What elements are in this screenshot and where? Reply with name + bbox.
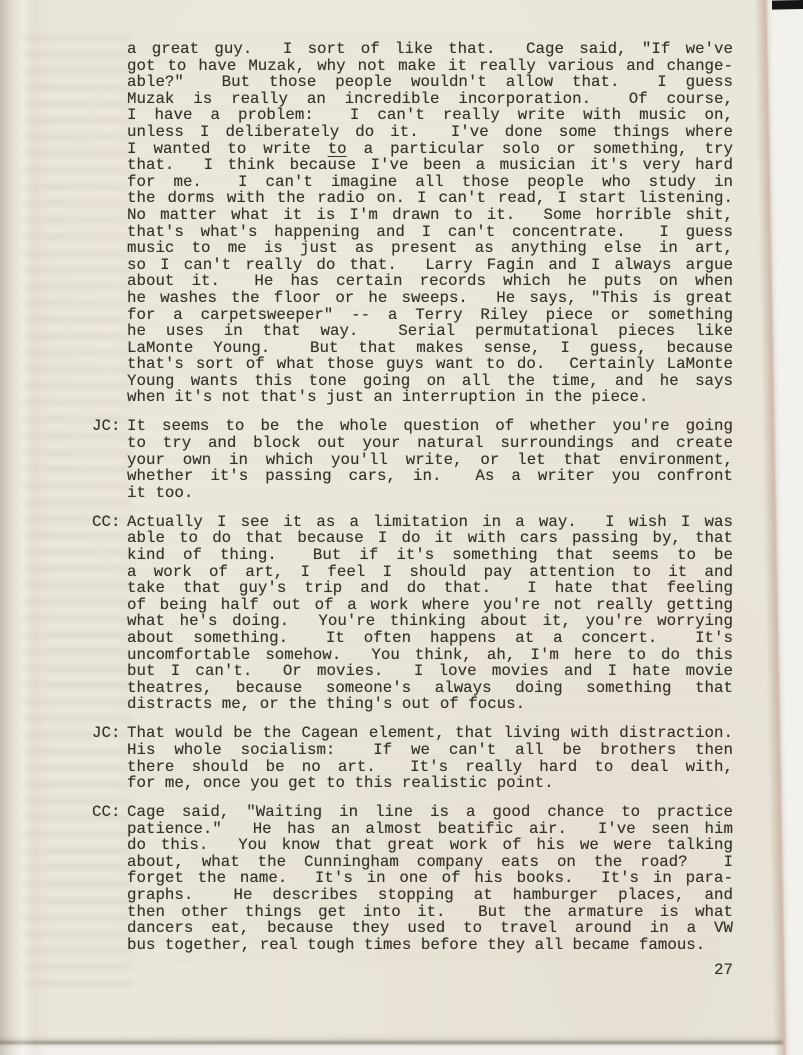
- transcript-line: That would be the Cagean element, that l…: [127, 725, 733, 742]
- transcript-line: No matter what it is I'm drawn to it. So…: [127, 207, 733, 224]
- transcript-line: I wanted to write to a particular solo o…: [127, 141, 733, 158]
- transcript-line: he uses in that way. Serial permutationa…: [127, 323, 733, 340]
- transcript-line: His whole socialism: If we can't all be …: [127, 742, 733, 759]
- page-number: 27: [714, 961, 733, 979]
- transcript-line: that's what's happening and I can't conc…: [127, 224, 733, 241]
- transcript-line: a work of art, I feel I should pay atten…: [127, 564, 733, 581]
- transcript-line: Young wants this tone going on all the t…: [127, 373, 733, 390]
- transcript-line: what he's doing. You're thinking about i…: [127, 613, 733, 630]
- transcript-line: he washes the floor or he sweeps. He say…: [127, 290, 733, 307]
- transcript-line: for me. I can't imagine all those people…: [127, 174, 733, 191]
- transcript-line: to try and block out your natural surrou…: [127, 435, 733, 452]
- transcript-line: take that guy's trip and do that. I hate…: [127, 580, 733, 597]
- transcript-paragraph: CC:Actually I see it as a limitation in …: [92, 514, 733, 713]
- transcript-paragraph: a great guy. I sort of like that. Cage s…: [92, 41, 733, 406]
- transcript-line: able to do that because I do it with car…: [127, 530, 733, 547]
- transcript-line: then other things get into it. But the a…: [127, 904, 733, 921]
- speaker-label: JC:: [92, 418, 127, 501]
- transcript-line: there should be no art. It's really hard…: [127, 759, 733, 776]
- paragraph-lines: That would be the Cagean element, that l…: [127, 725, 733, 791]
- transcript-line: a great guy. I sort of like that. Cage s…: [127, 41, 733, 58]
- transcript-line: your own in which you'll write, or let t…: [127, 452, 733, 469]
- transcript-line: forget the name. It's in one of his book…: [127, 870, 733, 887]
- transcript-line: uncomfortable somehow. You think, ah, I'…: [127, 647, 733, 664]
- speaker-label: CC:: [92, 514, 127, 713]
- transcript-line: for me, once you get to this realistic p…: [127, 775, 733, 792]
- speaker-label: CC:: [92, 804, 127, 953]
- transcript-line: I have a problem: I can't really write w…: [127, 107, 733, 124]
- transcript-line: unless I deliberately do it. I've done s…: [127, 124, 733, 141]
- transcript-line: LaMonte Young. But that makes sense, I g…: [127, 340, 733, 357]
- transcript-line: that's sort of what those guys want to d…: [127, 356, 733, 373]
- binding-shadow: [0, 0, 52, 1055]
- transcript-line: kind of thing. But if it's something tha…: [127, 547, 733, 564]
- transcript-line: it too.: [127, 485, 733, 502]
- paper-page: a great guy. I sort of like that. Cage s…: [0, 0, 790, 1050]
- transcript-line: of being half out of a work where you're…: [127, 597, 733, 614]
- transcript-line: do this. You know that great work of his…: [127, 837, 733, 854]
- transcript-line: Actually I see it as a limitation in a w…: [127, 514, 733, 531]
- transcript-line: dancers eat, because they used to travel…: [127, 920, 733, 937]
- page-footer: 27: [92, 962, 733, 979]
- transcript-line: about it. He has certain records which h…: [127, 273, 733, 290]
- transcript-line: about something. It often happens at a c…: [127, 630, 733, 647]
- interview-transcript: a great guy. I sort of like that. Cage s…: [92, 41, 733, 979]
- transcript-line: Cage said, "Waiting in line is a good ch…: [127, 804, 733, 821]
- transcript-line: It seems to be the whole question of whe…: [127, 418, 733, 435]
- transcript-line: so I can't really do that. Larry Fagin a…: [127, 257, 733, 274]
- transcript-line: got to have Muzak, why not make it reall…: [127, 58, 733, 75]
- transcript-line: able?" But those people wouldn't allow t…: [127, 74, 733, 91]
- transcript-paragraph: CC:Cage said, "Waiting in line is a good…: [92, 804, 733, 953]
- transcript-line: distracts me, or the thing's out of focu…: [127, 696, 733, 713]
- speaker-label: JC:: [92, 725, 127, 791]
- transcript-line: about, what the Cunningham company eats …: [127, 854, 733, 871]
- underlined-word: to: [328, 140, 347, 158]
- transcript-line: theatres, because someone's always doing…: [127, 680, 733, 697]
- paragraph-lines: a great guy. I sort of like that. Cage s…: [127, 41, 733, 406]
- transcript-line: music to me is just as present as anythi…: [127, 240, 733, 257]
- transcript-line: patience." He has an almost beatific air…: [127, 821, 733, 838]
- speaker-label: [92, 41, 127, 406]
- scanned-book-page: a great guy. I sort of like that. Cage s…: [0, 0, 803, 1055]
- transcript-line: bus together, real tough times before th…: [127, 937, 733, 954]
- transcript-paragraph: JC:That would be the Cagean element, tha…: [92, 725, 733, 791]
- paragraph-lines: It seems to be the whole question of whe…: [127, 418, 733, 501]
- transcript-line: the dorms with the radio on. I can't rea…: [127, 190, 733, 207]
- bottom-page-edge-shadow: [0, 1034, 790, 1050]
- paragraph-lines: Actually I see it as a limitation in a w…: [127, 514, 733, 713]
- transcript-line: that. I think because I've been a musici…: [127, 157, 733, 174]
- transcript-paragraph: JC:It seems to be the whole question of …: [92, 418, 733, 501]
- transcript-line: but I can't. Or movies. I love movies an…: [127, 663, 733, 680]
- transcript-paragraphs: a great guy. I sort of like that. Cage s…: [92, 41, 733, 953]
- corner-notch: [772, 0, 803, 10]
- transcript-line: Muzak is really an incredible incorporat…: [127, 91, 733, 108]
- transcript-line: when it's not that's just an interruptio…: [127, 389, 733, 406]
- transcript-line: graphs. He describes stopping at hamburg…: [127, 887, 733, 904]
- paragraph-lines: Cage said, "Waiting in line is a good ch…: [127, 804, 733, 953]
- transcript-line: for a carpetsweeper" -- a Terry Riley pi…: [127, 307, 733, 324]
- transcript-line: whether it's passing cars, in. As a writ…: [127, 468, 733, 485]
